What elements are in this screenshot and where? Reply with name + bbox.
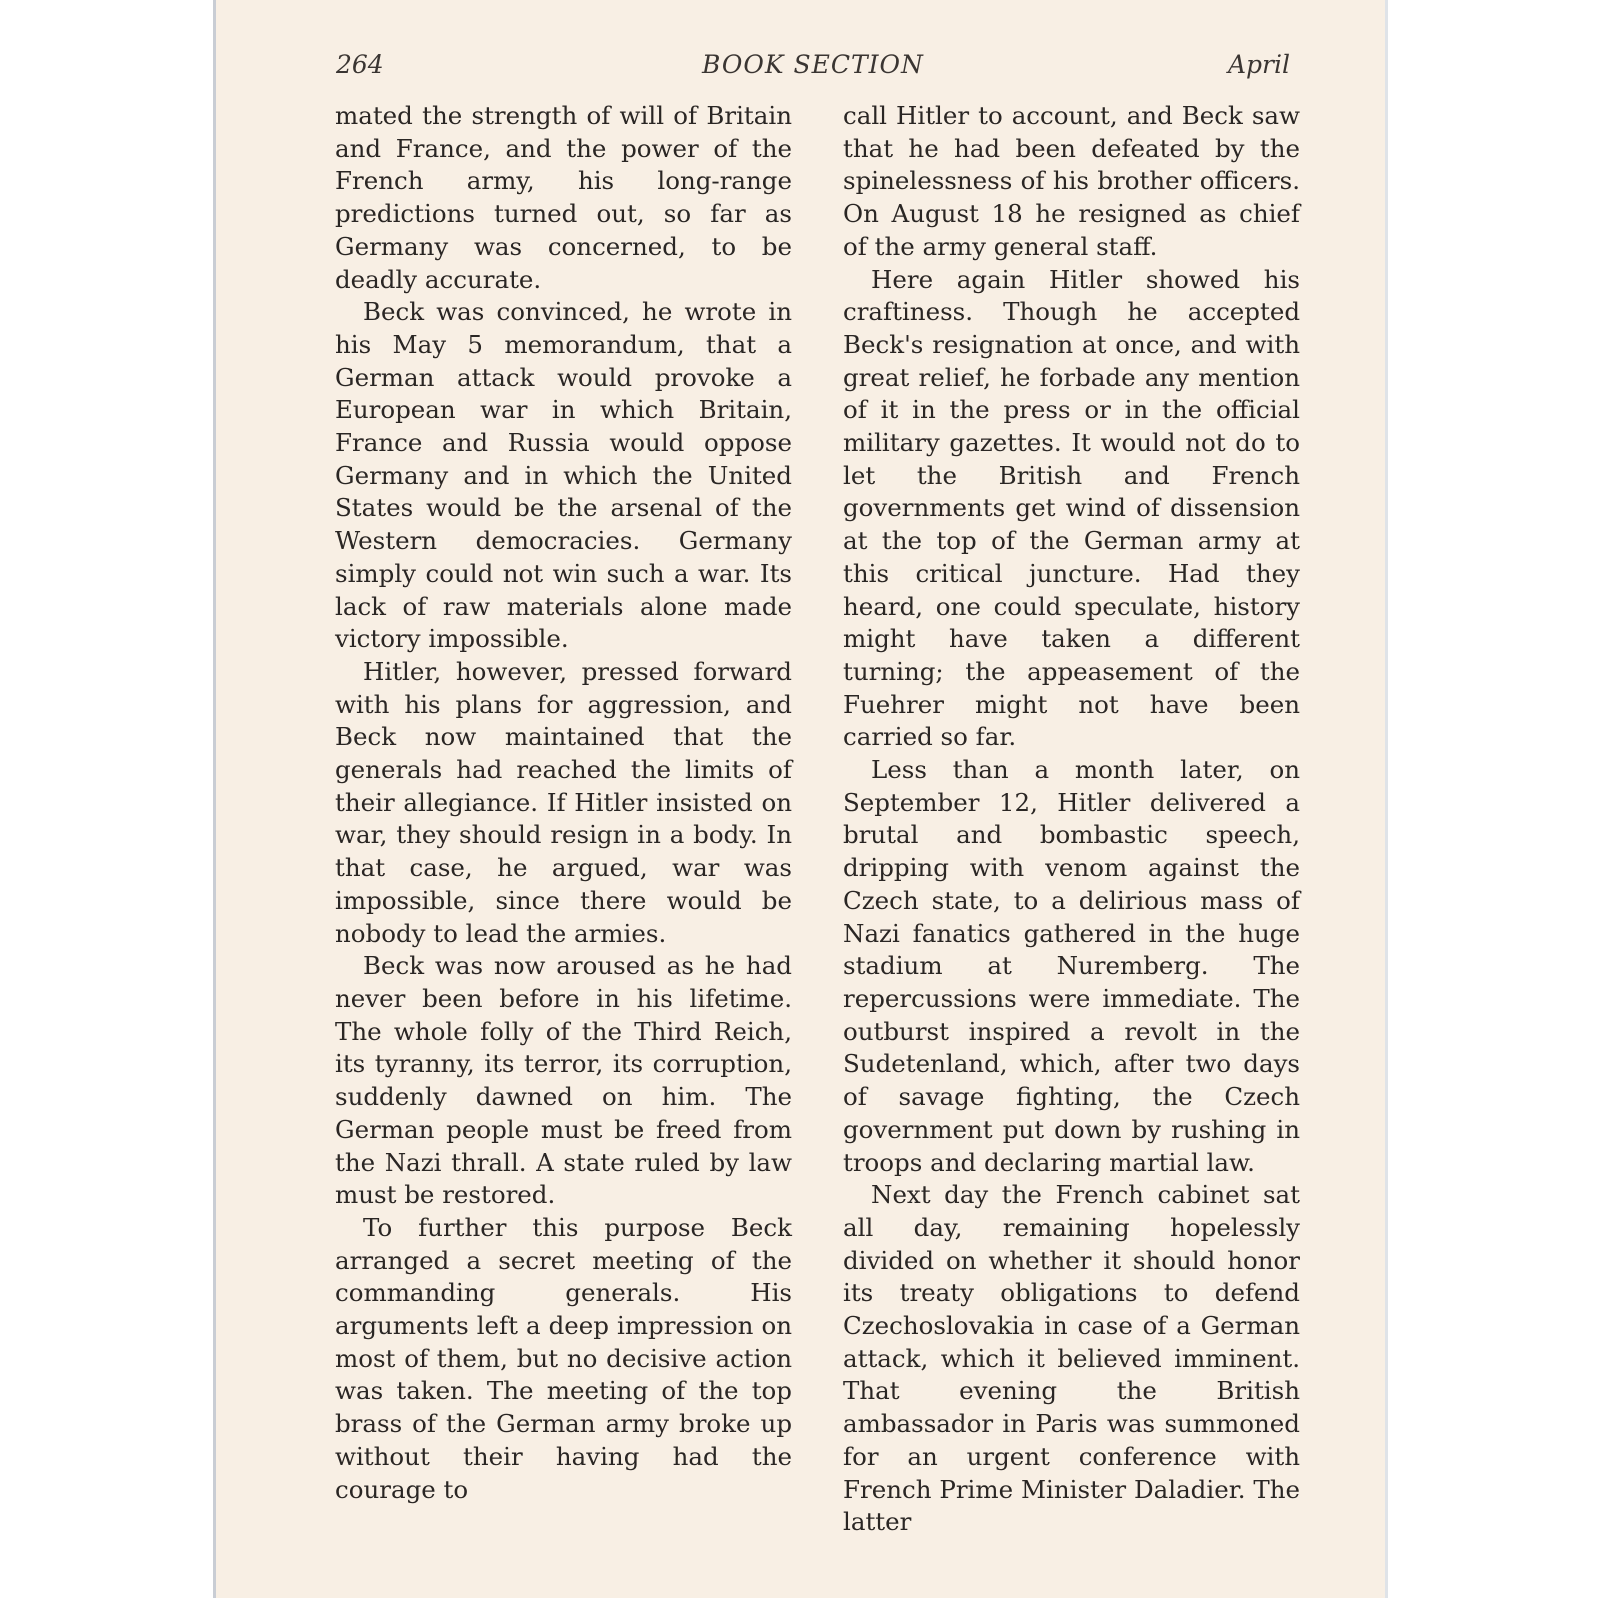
paragraph: call Hitler to account, and Beck saw tha… (843, 100, 1300, 264)
paragraph: Here again Hitler showed his craftiness.… (843, 264, 1300, 755)
paragraph: Hitler, however, pressed forward with hi… (335, 656, 792, 950)
paragraph: Beck was convinced, he wrote in his May … (335, 296, 792, 656)
issue-month: April (1228, 50, 1290, 79)
running-head: 264 BOOK SECTION April (336, 50, 1290, 90)
paragraph: Next day the French cabinet sat all day,… (843, 1179, 1300, 1539)
left-column: mated the strength of will of Britain an… (335, 100, 792, 1539)
paragraph: Beck was now aroused as he had never bee… (335, 950, 792, 1212)
section-title: BOOK SECTION (336, 50, 1290, 79)
paragraph: Less than a month later, on September 12… (843, 754, 1300, 1179)
text-columns: mated the strength of will of Britain an… (335, 100, 1300, 1539)
book-page: 264 BOOK SECTION April mated the strengt… (213, 0, 1388, 1598)
paragraph: To further this purpose Beck arranged a … (335, 1212, 792, 1506)
paragraph: mated the strength of will of Britain an… (335, 100, 792, 296)
right-column: call Hitler to account, and Beck saw tha… (843, 100, 1300, 1539)
